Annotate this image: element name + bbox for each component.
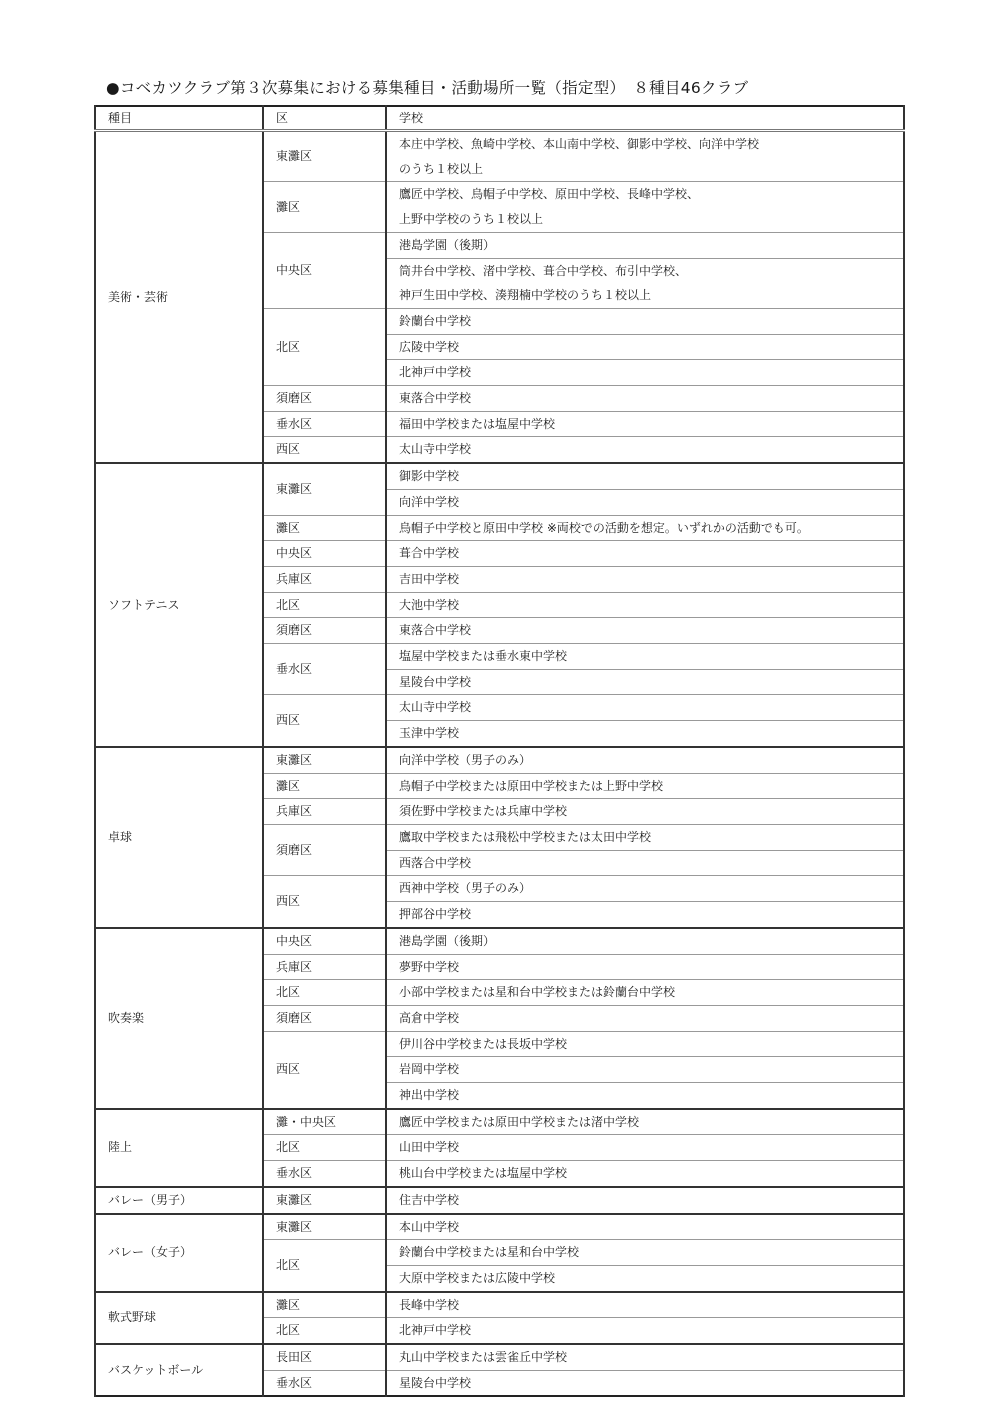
school-cell: 向洋中学校（男子のみ） <box>386 747 904 773</box>
school-cell: 大池中学校 <box>386 592 904 618</box>
school-cell: 鷹匠中学校または原田中学校または渚中学校 <box>386 1109 904 1135</box>
school-cell: 鷹匠中学校、烏帽子中学校、原田中学校、長峰中学校、 上野中学校のうち１校以上 <box>386 182 904 232</box>
school-cell: 太山寺中学校 <box>386 695 904 721</box>
school-cell: 広陵中学校 <box>386 334 904 360</box>
school-cell: 塩屋中学校または垂水東中学校 <box>386 644 904 670</box>
school-cell: 東落合中学校 <box>386 386 904 412</box>
category-cell: バスケットボール <box>95 1344 263 1396</box>
district-cell: 垂水区 <box>263 644 386 695</box>
school-cell: 星陵台中学校 <box>386 1370 904 1396</box>
district-cell: 北区 <box>263 1240 386 1292</box>
document-title: ●コベカツクラブ第３次募集における募集種目・活動場所一覧（指定型） ８種目46ク… <box>106 76 748 98</box>
district-cell: 須磨区 <box>263 618 386 644</box>
table-row: バレー（女子）東灘区本山中学校 <box>95 1214 904 1240</box>
district-cell: 須磨区 <box>263 824 386 875</box>
category-cell: 軟式野球 <box>95 1292 263 1344</box>
district-cell: 中央区 <box>263 541 386 567</box>
table-row: 陸上灘・中央区鷹匠中学校または原田中学校または渚中学校 <box>95 1109 904 1135</box>
district-cell: 中央区 <box>263 232 386 308</box>
school-cell: 港島学園（後期） <box>386 232 904 258</box>
table-row: 卓球東灘区向洋中学校（男子のみ） <box>95 747 904 773</box>
district-cell: 西区 <box>263 695 386 747</box>
district-cell: 須磨区 <box>263 386 386 412</box>
recruitment-table: 種目 区 学校 美術・芸術東灘区本庄中学校、魚崎中学校、本山南中学校、御影中学校… <box>94 105 905 1397</box>
school-cell: 烏帽子中学校と原田中学校 ※両校での活動を想定。いずれかの活動でも可。 <box>386 515 904 541</box>
school-cell: 向洋中学校 <box>386 489 904 515</box>
district-cell: 須磨区 <box>263 1005 386 1031</box>
district-cell: 垂水区 <box>263 411 386 437</box>
school-cell: 北神戸中学校 <box>386 360 904 386</box>
district-cell: 長田区 <box>263 1344 386 1370</box>
district-cell: 垂水区 <box>263 1370 386 1396</box>
table-row: バレー（男子）東灘区住吉中学校 <box>95 1187 904 1214</box>
school-cell: 大原中学校または広陵中学校 <box>386 1265 904 1291</box>
school-cell: 丸山中学校または雲雀丘中学校 <box>386 1344 904 1370</box>
category-cell: ソフトテニス <box>95 463 263 747</box>
district-cell: 北区 <box>263 308 386 385</box>
school-cell: 鈴蘭台中学校 <box>386 308 904 334</box>
school-cell: 神出中学校 <box>386 1083 904 1109</box>
district-cell: 北区 <box>263 592 386 618</box>
school-cell: 小部中学校または星和台中学校または鈴蘭台中学校 <box>386 980 904 1006</box>
district-cell: 兵庫区 <box>263 954 386 980</box>
school-cell: 烏帽子中学校または原田中学校または上野中学校 <box>386 773 904 799</box>
district-cell: 兵庫区 <box>263 566 386 592</box>
district-cell: 北区 <box>263 1318 386 1344</box>
table-row: バスケットボール長田区丸山中学校または雲雀丘中学校 <box>95 1344 904 1370</box>
district-cell: 東灘区 <box>263 1214 386 1240</box>
district-cell: 東灘区 <box>263 463 386 515</box>
school-cell: 住吉中学校 <box>386 1187 904 1214</box>
school-cell: 葺合中学校 <box>386 541 904 567</box>
header-category: 種目 <box>95 106 263 131</box>
school-cell: 西落合中学校 <box>386 850 904 876</box>
table-body: 種目 区 学校 美術・芸術東灘区本庄中学校、魚崎中学校、本山南中学校、御影中学校… <box>95 106 904 1396</box>
school-cell: 西神中学校（男子のみ） <box>386 876 904 902</box>
category-cell: 陸上 <box>95 1109 263 1187</box>
district-cell: 灘・中央区 <box>263 1109 386 1135</box>
school-cell: 玉津中学校 <box>386 721 904 747</box>
school-cell: 東落合中学校 <box>386 618 904 644</box>
district-cell: 垂水区 <box>263 1161 386 1187</box>
district-cell: 灘区 <box>263 1292 386 1318</box>
category-cell: バレー（男子） <box>95 1187 263 1214</box>
table-row: 美術・芸術東灘区本庄中学校、魚崎中学校、本山南中学校、御影中学校、向洋中学校 の… <box>95 131 904 182</box>
table-row: ソフトテニス東灘区御影中学校 <box>95 463 904 489</box>
school-cell: 高倉中学校 <box>386 1005 904 1031</box>
district-cell: 北区 <box>263 980 386 1006</box>
header-row: 種目 区 学校 <box>95 106 904 131</box>
school-cell: 福田中学校または塩屋中学校 <box>386 411 904 437</box>
school-cell: 長峰中学校 <box>386 1292 904 1318</box>
school-cell: 港島学園（後期） <box>386 928 904 954</box>
district-cell: 東灘区 <box>263 747 386 773</box>
district-cell: 西区 <box>263 1031 386 1109</box>
table-row: 吹奏楽中央区港島学園（後期） <box>95 928 904 954</box>
school-cell: 筒井台中学校、渚中学校、葺合中学校、布引中学校、 神戸生田中学校、湊翔楠中学校の… <box>386 258 904 308</box>
school-cell: 太山寺中学校 <box>386 437 904 463</box>
header-school: 学校 <box>386 106 904 131</box>
table-row: 軟式野球灘区長峰中学校 <box>95 1292 904 1318</box>
category-cell: 美術・芸術 <box>95 131 263 464</box>
district-cell: 北区 <box>263 1135 386 1161</box>
school-cell: 吉田中学校 <box>386 566 904 592</box>
district-cell: 東灘区 <box>263 131 386 182</box>
district-cell: 兵庫区 <box>263 799 386 825</box>
category-cell: 卓球 <box>95 747 263 928</box>
school-cell: 鈴蘭台中学校または星和台中学校 <box>386 1240 904 1266</box>
district-cell: 東灘区 <box>263 1187 386 1214</box>
category-cell: 吹奏楽 <box>95 928 263 1109</box>
school-cell: 本山中学校 <box>386 1214 904 1240</box>
district-cell: 灘区 <box>263 773 386 799</box>
district-cell: 西区 <box>263 437 386 463</box>
school-cell: 押部谷中学校 <box>386 902 904 928</box>
school-cell: 本庄中学校、魚崎中学校、本山南中学校、御影中学校、向洋中学校 のうち１校以上 <box>386 131 904 182</box>
school-cell: 須佐野中学校または兵庫中学校 <box>386 799 904 825</box>
district-cell: 灘区 <box>263 515 386 541</box>
district-cell: 中央区 <box>263 928 386 954</box>
school-cell: 山田中学校 <box>386 1135 904 1161</box>
district-cell: 灘区 <box>263 182 386 232</box>
school-cell: 北神戸中学校 <box>386 1318 904 1344</box>
district-cell: 西区 <box>263 876 386 928</box>
school-cell: 夢野中学校 <box>386 954 904 980</box>
school-cell: 鷹取中学校または飛松中学校または太田中学校 <box>386 824 904 850</box>
header-district: 区 <box>263 106 386 131</box>
school-cell: 星陵台中学校 <box>386 669 904 695</box>
school-cell: 御影中学校 <box>386 463 904 489</box>
category-cell: バレー（女子） <box>95 1214 263 1292</box>
school-cell: 伊川谷中学校または長坂中学校 <box>386 1031 904 1057</box>
school-cell: 岩岡中学校 <box>386 1057 904 1083</box>
school-cell: 桃山台中学校または塩屋中学校 <box>386 1161 904 1187</box>
